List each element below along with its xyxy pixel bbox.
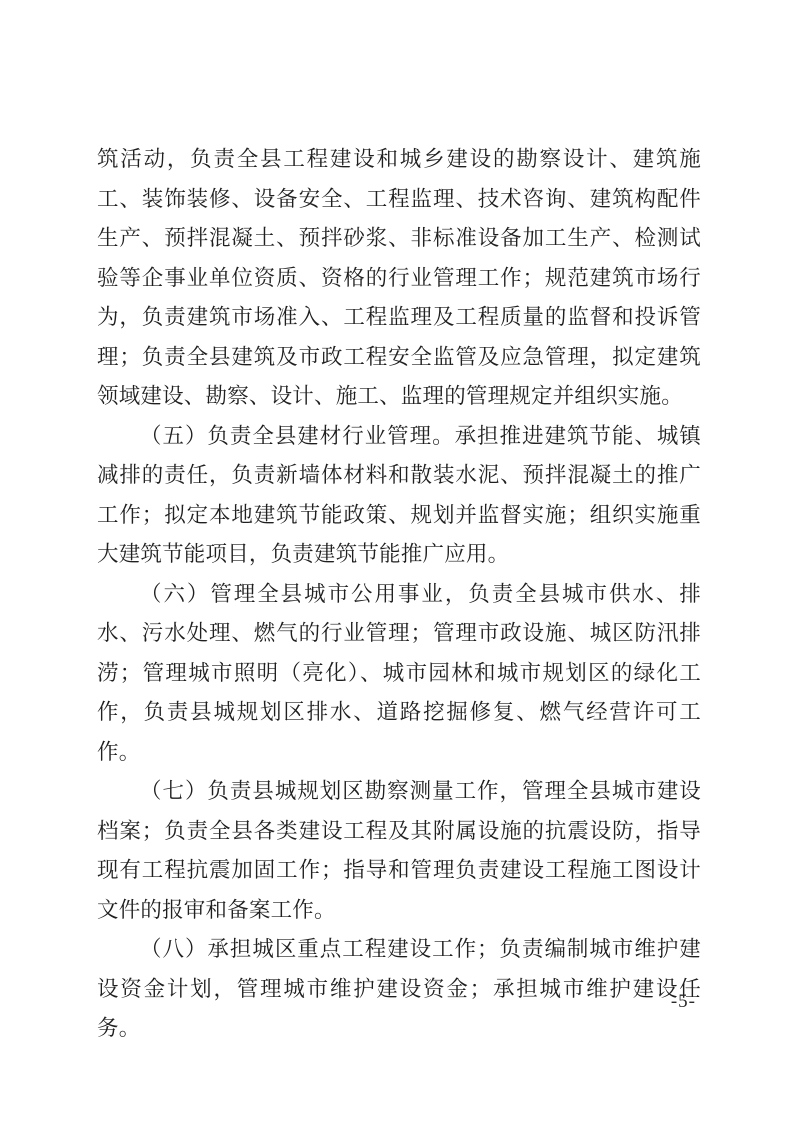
paragraph-item-6: （六）管理全县城市公用事业，负责全县城市供水、排水、污水处理、燃气的行业管理；管…: [97, 575, 701, 773]
paragraph-item-5: （五）负责全县建材行业管理。承担推进建筑节能、城镇减排的责任，负责新墙体材料和散…: [97, 417, 701, 575]
document-page: 筑活动，负责全县工程建设和城乡建设的勘察设计、建筑施工、装饰装修、设备安全、工程…: [0, 0, 793, 1122]
page-number: -5-: [671, 990, 696, 1014]
document-body: 筑活动，负责全县工程建设和城乡建设的勘察设计、建筑施工、装饰装修、设备安全、工程…: [97, 140, 701, 1049]
paragraph-item-8: （八）承担城区重点工程建设工作；负责编制城市维护建设资金计划，管理城市维护建设资…: [97, 930, 701, 1049]
paragraph-item-7: （七）负责县城规划区勘察测量工作，管理全县城市建设档案；负责全县各类建设工程及其…: [97, 772, 701, 930]
paragraph-continuation: 筑活动，负责全县工程建设和城乡建设的勘察设计、建筑施工、装饰装修、设备安全、工程…: [97, 140, 701, 417]
